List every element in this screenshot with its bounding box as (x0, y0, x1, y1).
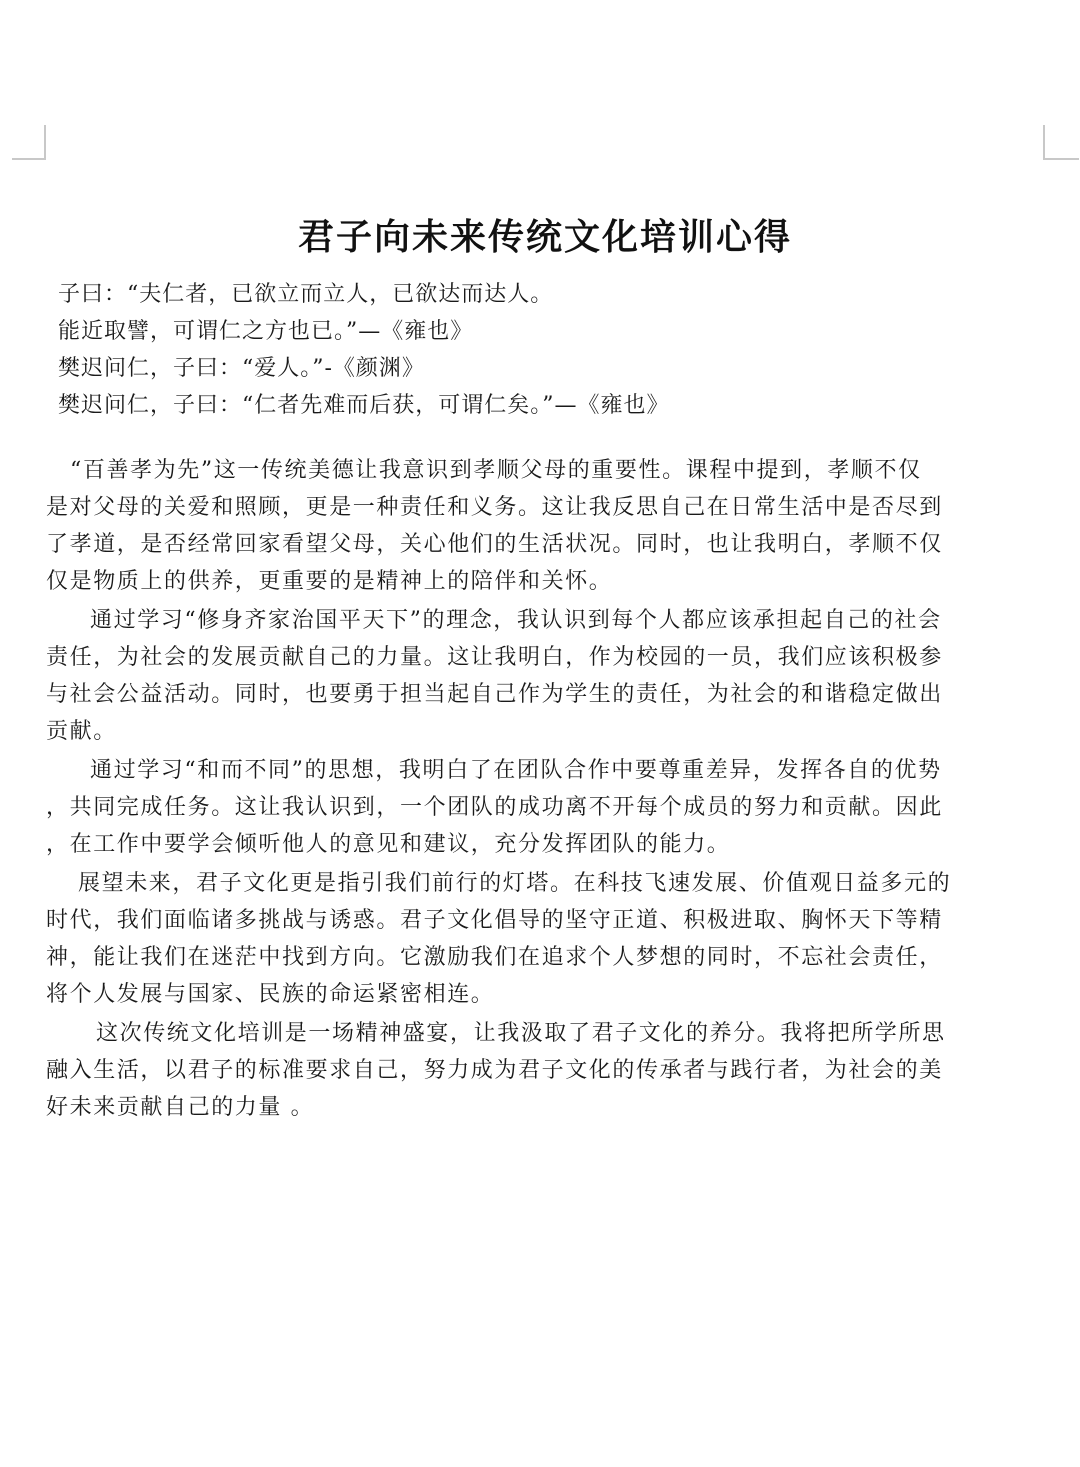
text-line: 了孝道，是否经常回家看望父母，关心他们的生活状况。同时，也让我明白，孝顺不仅 (46, 526, 1046, 563)
quote-block: 子曰：“夫仁者，已欲立而立人，已欲达而达人。 能近取譬，可谓仁之方也已。”—《雍… (58, 276, 958, 424)
document-body: “百善孝为先”这一传统美德让我意识到孝顺父母的重要性。课程中提到，孝顺不仅 是对… (46, 452, 1046, 1128)
text-line: “百善孝为先”这一传统美德让我意识到孝顺父母的重要性。课程中提到，孝顺不仅 (46, 452, 1046, 489)
quote-line: 能近取譬，可谓仁之方也已。”—《雍也》 (58, 313, 958, 350)
paragraph-conclusion: 这次传统文化培训是一场精神盛宴，让我汲取了君子文化的养分。我将把所学所思 融入生… (46, 1015, 1046, 1126)
text-line: 融入生活，以君子的标准要求自己，努力成为君子文化的传承者与践行者，为社会的美 (46, 1052, 1046, 1089)
crop-mark-top-right (1043, 125, 1079, 160)
text-line: ，共同完成任务。这让我认识到，一个团队的成功离不开每个成员的努力和贡献。因此 (46, 789, 1046, 826)
text-line: 通过学习“修身齐家治国平天下”的理念，我认识到每个人都应该承担起自己的社会 (46, 602, 1046, 639)
quote-line: 樊迟问仁，子曰：“仁者先难而后获，可谓仁矣。”—《雍也》 (58, 387, 958, 424)
text-line: 是对父母的关爱和照顾，更是一种责任和义务。这让我反思自己在日常生活中是否尽到 (46, 489, 1046, 526)
paragraph-self-cultivation: 通过学习“修身齐家治国平天下”的理念，我认识到每个人都应该承担起自己的社会 责任… (46, 602, 1046, 750)
text-line: 仅是物质上的供养，更重要的是精神上的陪伴和关怀。 (46, 563, 1046, 600)
text-line: 展望未来，君子文化更是指引我们前行的灯塔。在科技飞速发展、价值观日益多元的 (46, 865, 1046, 902)
paragraph-future: 展望未来，君子文化更是指引我们前行的灯塔。在科技飞速发展、价值观日益多元的 时代… (46, 865, 1046, 1013)
text-line: 神，能让我们在迷茫中找到方向。它激励我们在追求个人梦想的同时，不忘社会责任， (46, 939, 1046, 976)
page-title: 君子向未来传统文化培训心得 (0, 212, 1080, 262)
text-line: 将个人发展与国家、民族的命运紧密相连。 (46, 976, 1046, 1013)
text-line: 好未来贡献自己的力量 。 (46, 1089, 1046, 1126)
crop-mark-top-left (12, 125, 46, 160)
quote-line: 子曰：“夫仁者，已欲立而立人，已欲达而达人。 (58, 276, 958, 313)
text-line: 贡献。 (46, 713, 1046, 750)
text-line: 这次传统文化培训是一场精神盛宴，让我汲取了君子文化的养分。我将把所学所思 (46, 1015, 1046, 1052)
text-line: ，在工作中要学会倾听他人的意见和建议，充分发挥团队的能力。 (46, 826, 1046, 863)
paragraph-filial-piety: “百善孝为先”这一传统美德让我意识到孝顺父母的重要性。课程中提到，孝顺不仅 是对… (46, 452, 1046, 600)
quote-line: 樊迟问仁，子曰：“爱人。”-《颜渊》 (58, 350, 958, 387)
text-line: 通过学习“和而不同”的思想，我明白了在团队合作中要尊重差异，发挥各自的优势 (46, 752, 1046, 789)
text-line: 责任，为社会的发展贡献自己的力量。这让我明白，作为校园的一员，我们应该积极参 (46, 639, 1046, 676)
text-line: 时代，我们面临诸多挑战与诱惑。君子文化倡导的坚守正道、积极进取、胸怀天下等精 (46, 902, 1046, 939)
text-line: 与社会公益活动。同时，也要勇于担当起自己作为学生的责任，为社会的和谐稳定做出 (46, 676, 1046, 713)
paragraph-harmony: 通过学习“和而不同”的思想，我明白了在团队合作中要尊重差异，发挥各自的优势 ，共… (46, 752, 1046, 863)
